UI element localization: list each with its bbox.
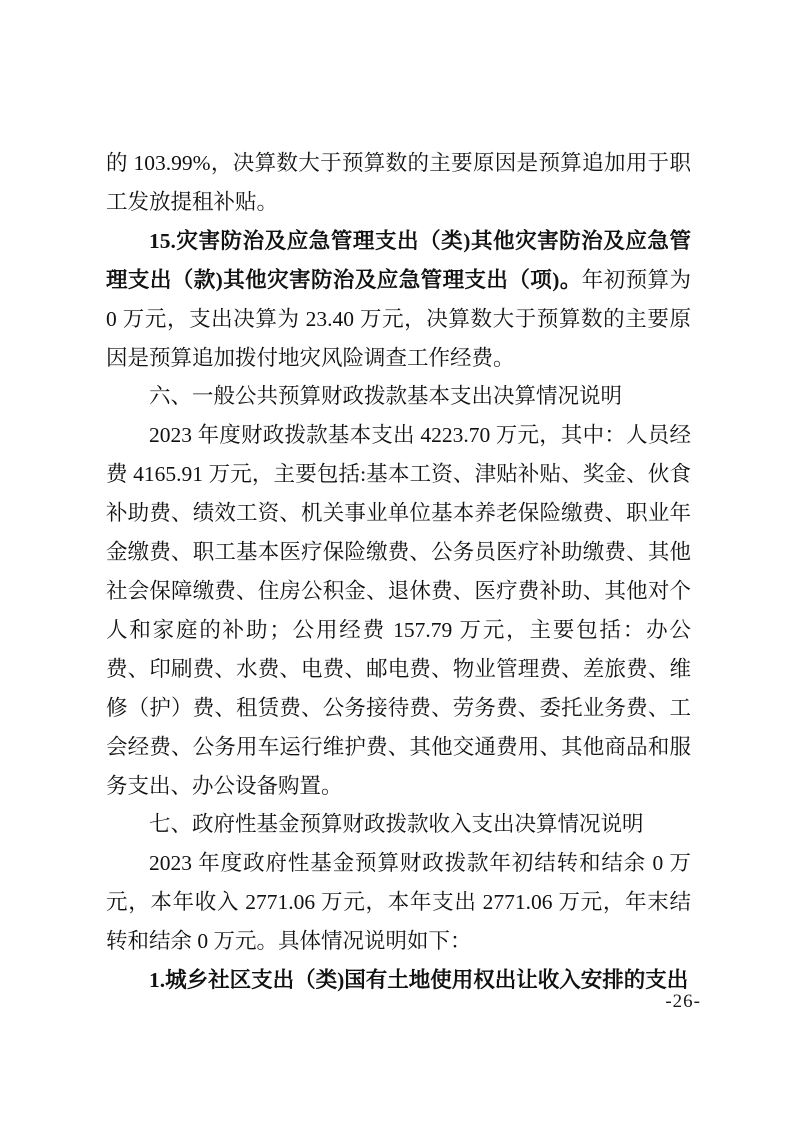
paragraph-text: 六、一般公共预算财政拨款基本支出决算情况说明: [149, 384, 622, 408]
page-number: -26-: [665, 991, 701, 1013]
paragraph: 六、一般公共预算财政拨款基本支出决算情况说明: [106, 377, 691, 416]
paragraph: 的 103.99%，决算数大于预算数的主要原因是预算追加用于职工发放提租补贴。: [106, 144, 691, 222]
paragraph-text: 的 103.99%，决算数大于预算数的主要原因是预算追加用于职工发放提租补贴。: [106, 151, 691, 214]
paragraph: 2023 年度财政拨款基本支出 4223.70 万元，其中：人员经费 4165.…: [106, 416, 691, 805]
paragraph: 2023 年度政府性基金预算财政拨款年初结转和结余 0 万元，本年收入 2771…: [106, 844, 691, 961]
paragraph-heading-text: 1.城乡社区支出（类)国有土地使用权出让收入安排的支出: [149, 968, 688, 992]
paragraph-text: 2023 年度政府性基金预算财政拨款年初结转和结余 0 万元，本年收入 2771…: [106, 851, 691, 953]
paragraph-text: 2023 年度财政拨款基本支出 4223.70 万元，其中：人员经费 4165.…: [106, 423, 691, 797]
document-body: 的 103.99%，决算数大于预算数的主要原因是预算追加用于职工发放提租补贴。1…: [106, 144, 691, 1000]
paragraph: 1.城乡社区支出（类)国有土地使用权出让收入安排的支出: [106, 961, 691, 1000]
document-page: 的 103.99%，决算数大于预算数的主要原因是预算追加用于职工发放提租补贴。1…: [0, 0, 793, 1122]
paragraph: 15.灾害防治及应急管理支出（类)其他灾害防治及应急管理支出（款)其他灾害防治及…: [106, 222, 691, 378]
paragraph-text: 七、政府性基金预算财政拨款收入支出决算情况说明: [149, 812, 644, 836]
paragraph: 七、政府性基金预算财政拨款收入支出决算情况说明: [106, 805, 691, 844]
